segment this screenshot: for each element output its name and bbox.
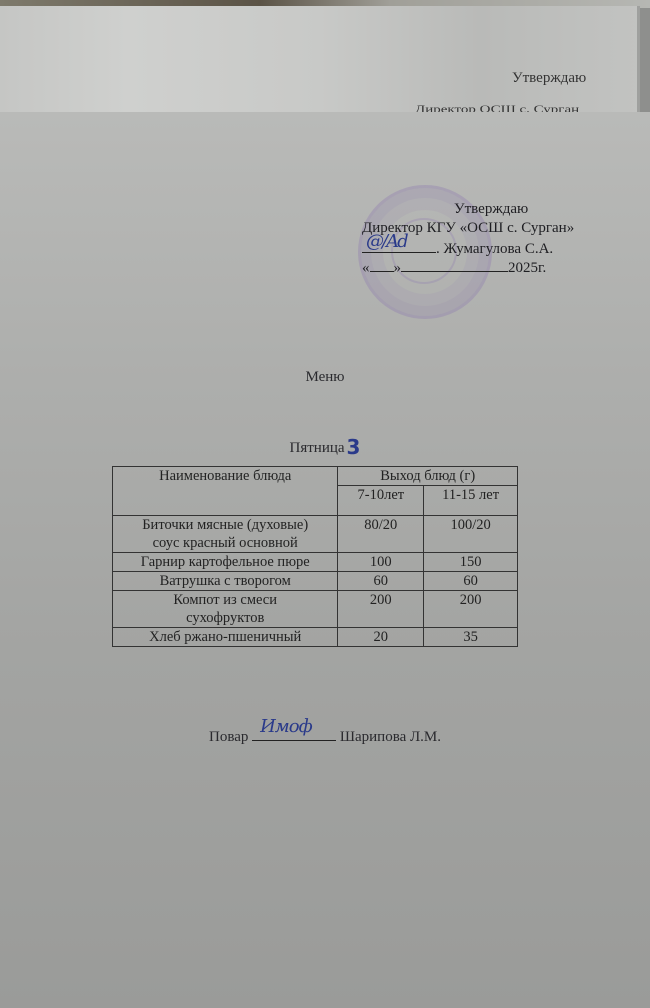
sheet-edge	[637, 6, 640, 126]
back-sheet: Утверждаю Директор ОСШ с. Сурган	[0, 6, 640, 126]
date-close-quote: »	[394, 260, 402, 276]
approve-label: Утверждаю	[362, 200, 574, 219]
date-row: «»2025г.	[362, 259, 574, 278]
table-row: Гарнир картофельное пюре 100 150	[113, 553, 518, 572]
signature-line: @/Ad	[362, 238, 436, 253]
date-day-blank	[370, 259, 394, 272]
header-output: Выход блюд (г)	[338, 467, 518, 486]
dish-line: Компот из смеси	[115, 591, 335, 609]
handwritten-day-number: 3	[347, 435, 361, 459]
portion-7-10: 80/20	[338, 516, 424, 553]
date-month-blank	[401, 259, 508, 272]
dish-line: сухофруктов	[115, 609, 335, 627]
table-header-row: Наименование блюда Выход блюд (г)	[113, 467, 518, 486]
header-age-7-10: 7-10лет	[338, 486, 424, 516]
dish-line: соус красный основной	[115, 534, 335, 552]
portion-11-15: 100/20	[424, 516, 518, 553]
dish-name: Биточки мясные (духовые)соус красный осн…	[113, 516, 338, 553]
table-row: Хлеб ржано-пшеничный 20 35	[113, 628, 518, 647]
dish-name: Хлеб ржано-пшеничный	[113, 628, 338, 647]
portion-11-15: 35	[424, 628, 518, 647]
back-approve-label: Утверждаю	[512, 70, 586, 87]
header-dish-name: Наименование блюда	[113, 467, 338, 516]
dish-name: Ватрушка с творогом	[113, 572, 338, 591]
cook-signature-row: Повар Имоф Шарипова Л.М.	[0, 726, 650, 746]
dish-name: Гарнир картофельное пюре	[113, 553, 338, 572]
cook-name: Шарипова Л.М.	[340, 729, 441, 745]
table-row: Компот из смесисухофруктов 200 200	[113, 591, 518, 628]
day-heading: Пятница3	[0, 433, 650, 457]
approval-block: Утверждаю Директор КГУ «ОСШ с. Сурган» @…	[362, 200, 574, 278]
date-open-quote: «	[362, 260, 370, 276]
director-signature: @/Ad	[366, 232, 407, 251]
director-name: . Жумагулова С.А.	[436, 241, 553, 257]
cook-signature: Имоф	[260, 716, 312, 737]
dish-name: Компот из смесисухофруктов	[113, 591, 338, 628]
table-row: Биточки мясные (духовые)соус красный осн…	[113, 516, 518, 553]
portion-11-15: 200	[424, 591, 518, 628]
cook-label: Повар	[209, 729, 248, 745]
director-signature-row: @/Ad. Жумагулова С.А.	[362, 238, 574, 259]
header-age-11-15: 11-15 лет	[424, 486, 518, 516]
portion-11-15: 60	[424, 572, 518, 591]
portion-7-10: 20	[338, 628, 424, 647]
portion-11-15: 150	[424, 553, 518, 572]
cook-signature-line: Имоф	[252, 726, 336, 741]
portion-7-10: 100	[338, 553, 424, 572]
portion-7-10: 200	[338, 591, 424, 628]
day-label: Пятница	[290, 440, 345, 456]
page-title: Меню	[0, 369, 650, 386]
date-year: 2025г.	[508, 260, 546, 276]
menu-table: Наименование блюда Выход блюд (г) 7-10ле…	[112, 466, 518, 647]
dish-line: Биточки мясные (духовые)	[115, 516, 335, 534]
table-row: Ватрушка с творогом 60 60	[113, 572, 518, 591]
portion-7-10: 60	[338, 572, 424, 591]
